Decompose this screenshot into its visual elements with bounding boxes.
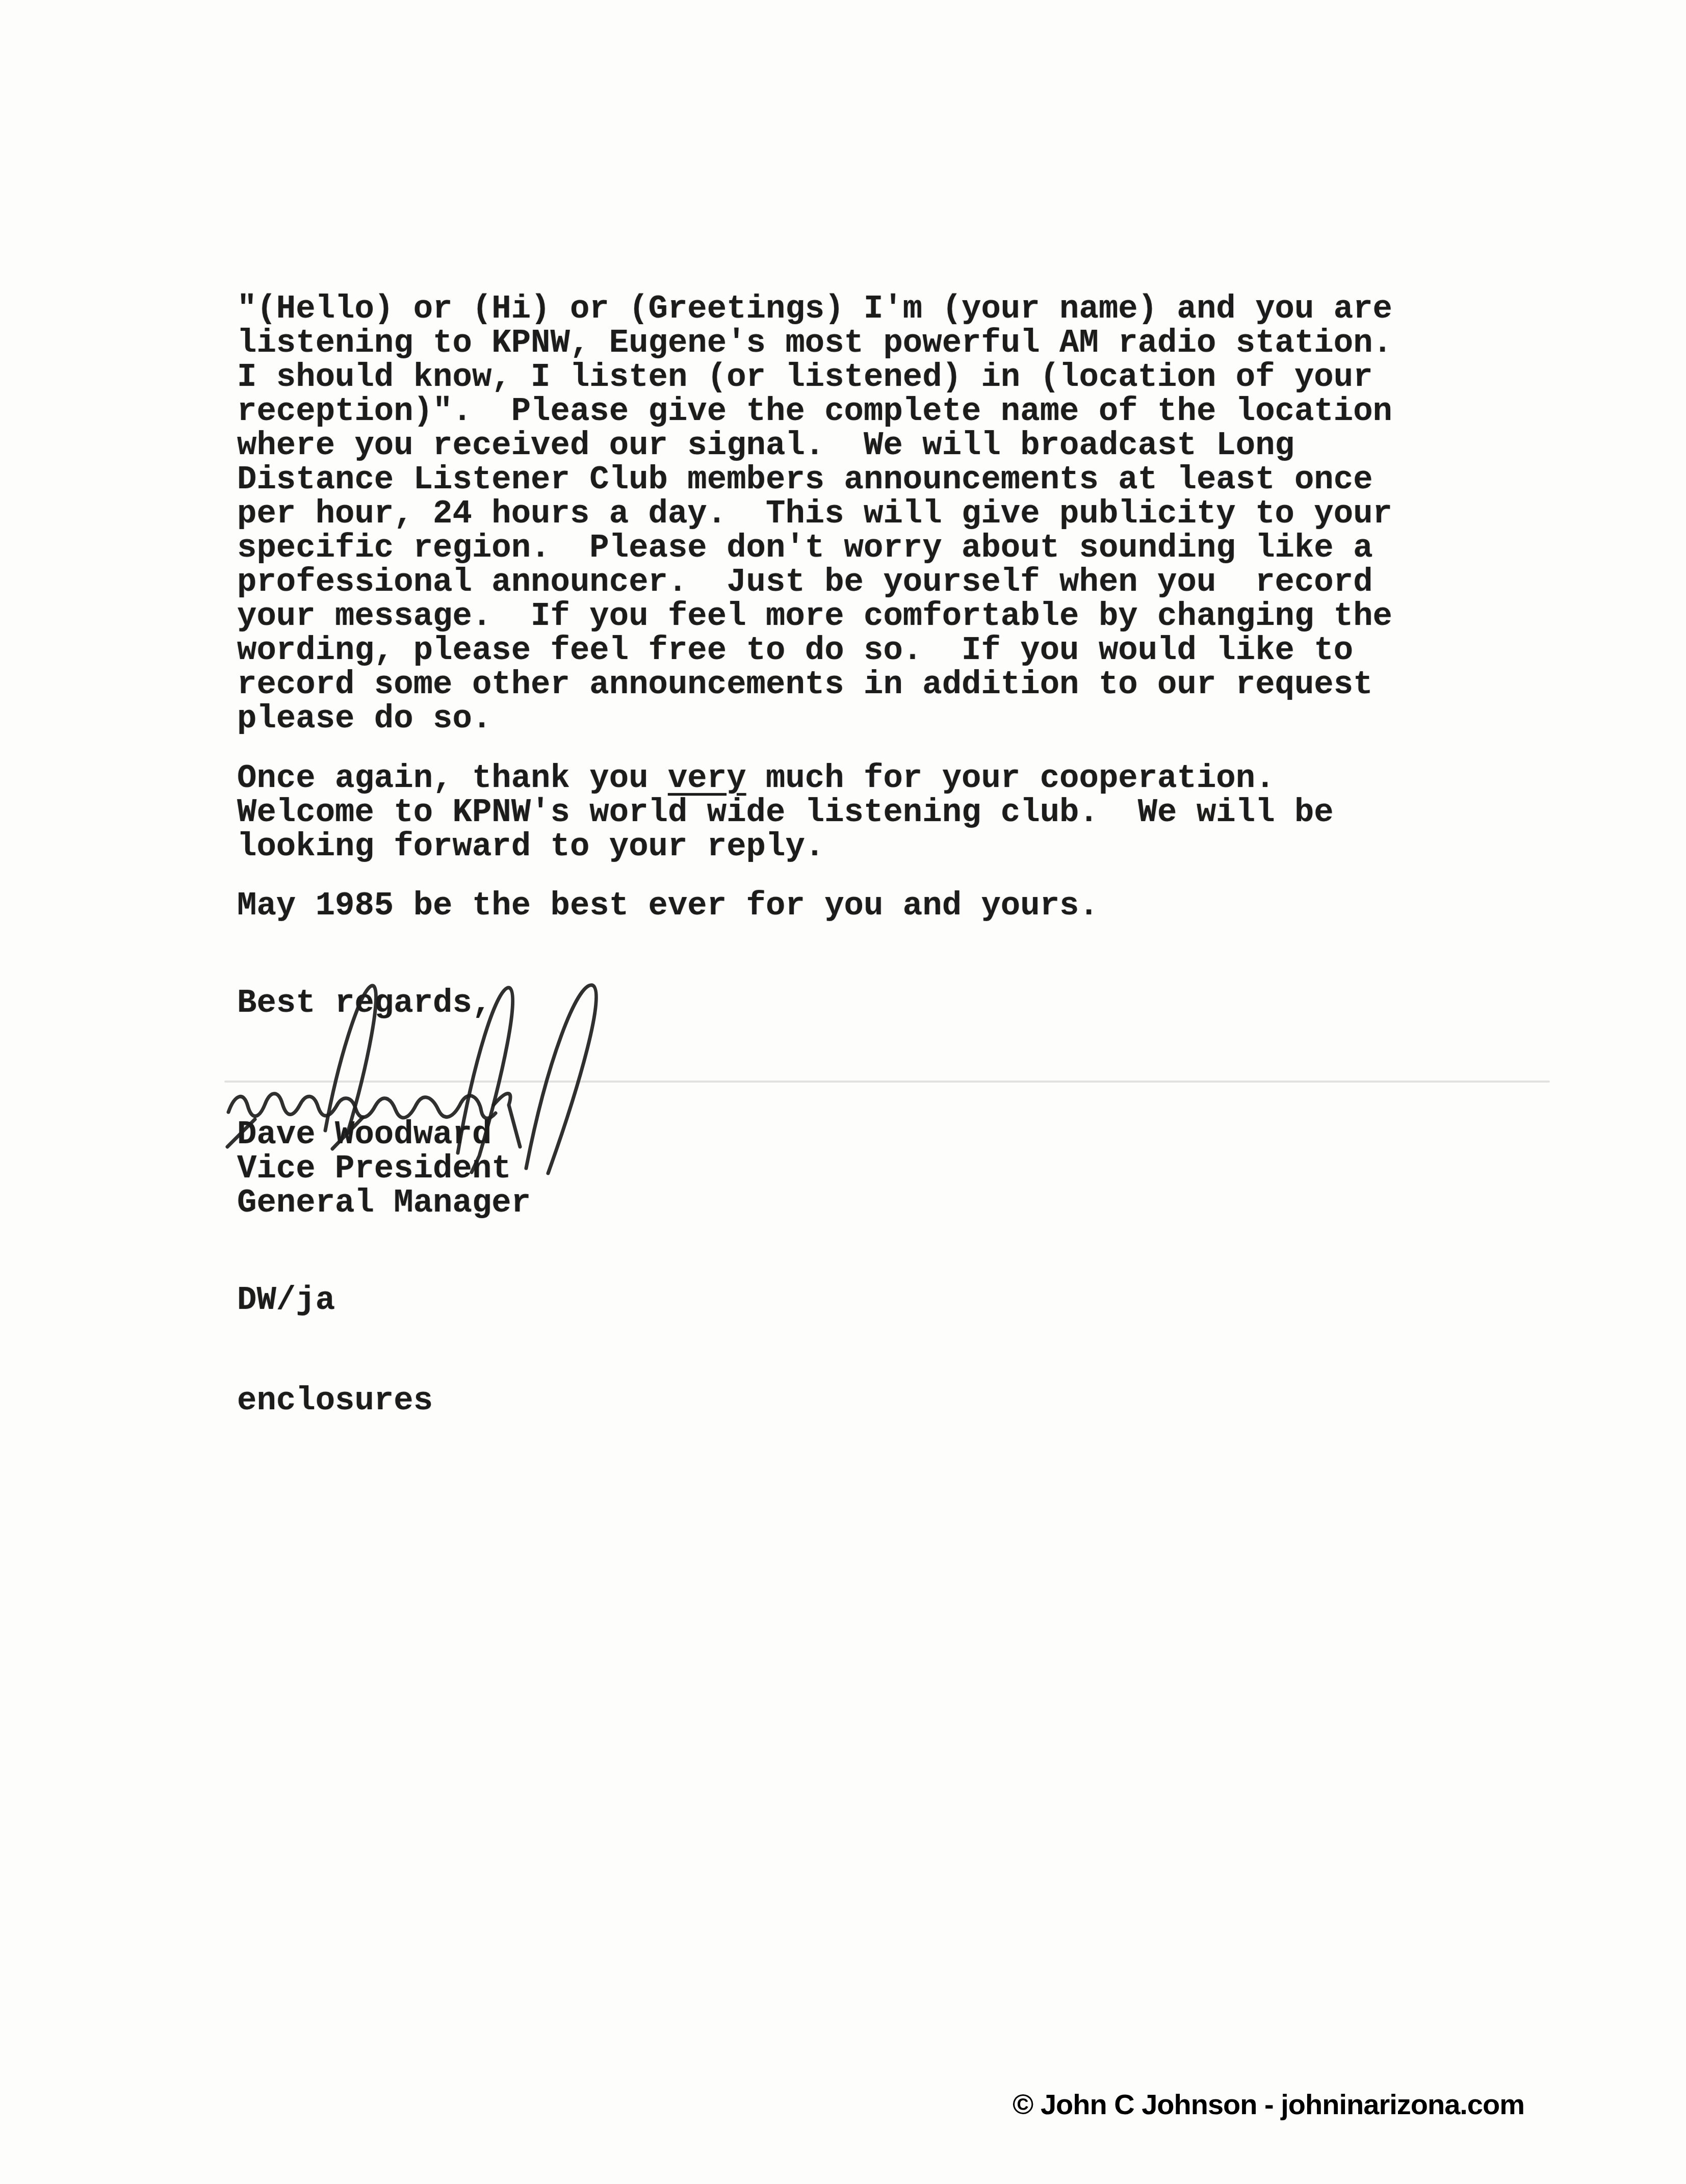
enclosures-note: enclosures [237, 1384, 696, 1418]
paragraph-announcement-script: "(Hello) or (Hi) or (Greetings) I'm (you… [237, 293, 1486, 736]
scan-artifact-line [224, 1081, 1550, 1083]
signature-block: Dave WoodwardVice PresidentGeneral Manag… [237, 1118, 951, 1221]
typist-initials: DW/ja [237, 1284, 645, 1318]
paragraph-thanks: Once again, thank you very much for your… [237, 762, 1486, 864]
paragraph-new-year-wish: May 1985 be the best ever for you and yo… [237, 889, 1486, 924]
closing-salutation: Best regards, [237, 987, 849, 1021]
paragraph-thanks-before: Once again, thank you [237, 760, 668, 797]
signer-title-vice-president: Vice President [237, 1151, 511, 1188]
underlined-word-very: very [668, 760, 746, 797]
scanned-letter-page: "(Hello) or (Hi) or (Greetings) I'm (you… [0, 0, 1686, 2184]
signer-title-general-manager: General Manager [237, 1185, 531, 1222]
signer-name: Dave Woodward [237, 1117, 491, 1153]
copyright-credit: © John C Johnson - johninarizona.com [1013, 2088, 1524, 2121]
